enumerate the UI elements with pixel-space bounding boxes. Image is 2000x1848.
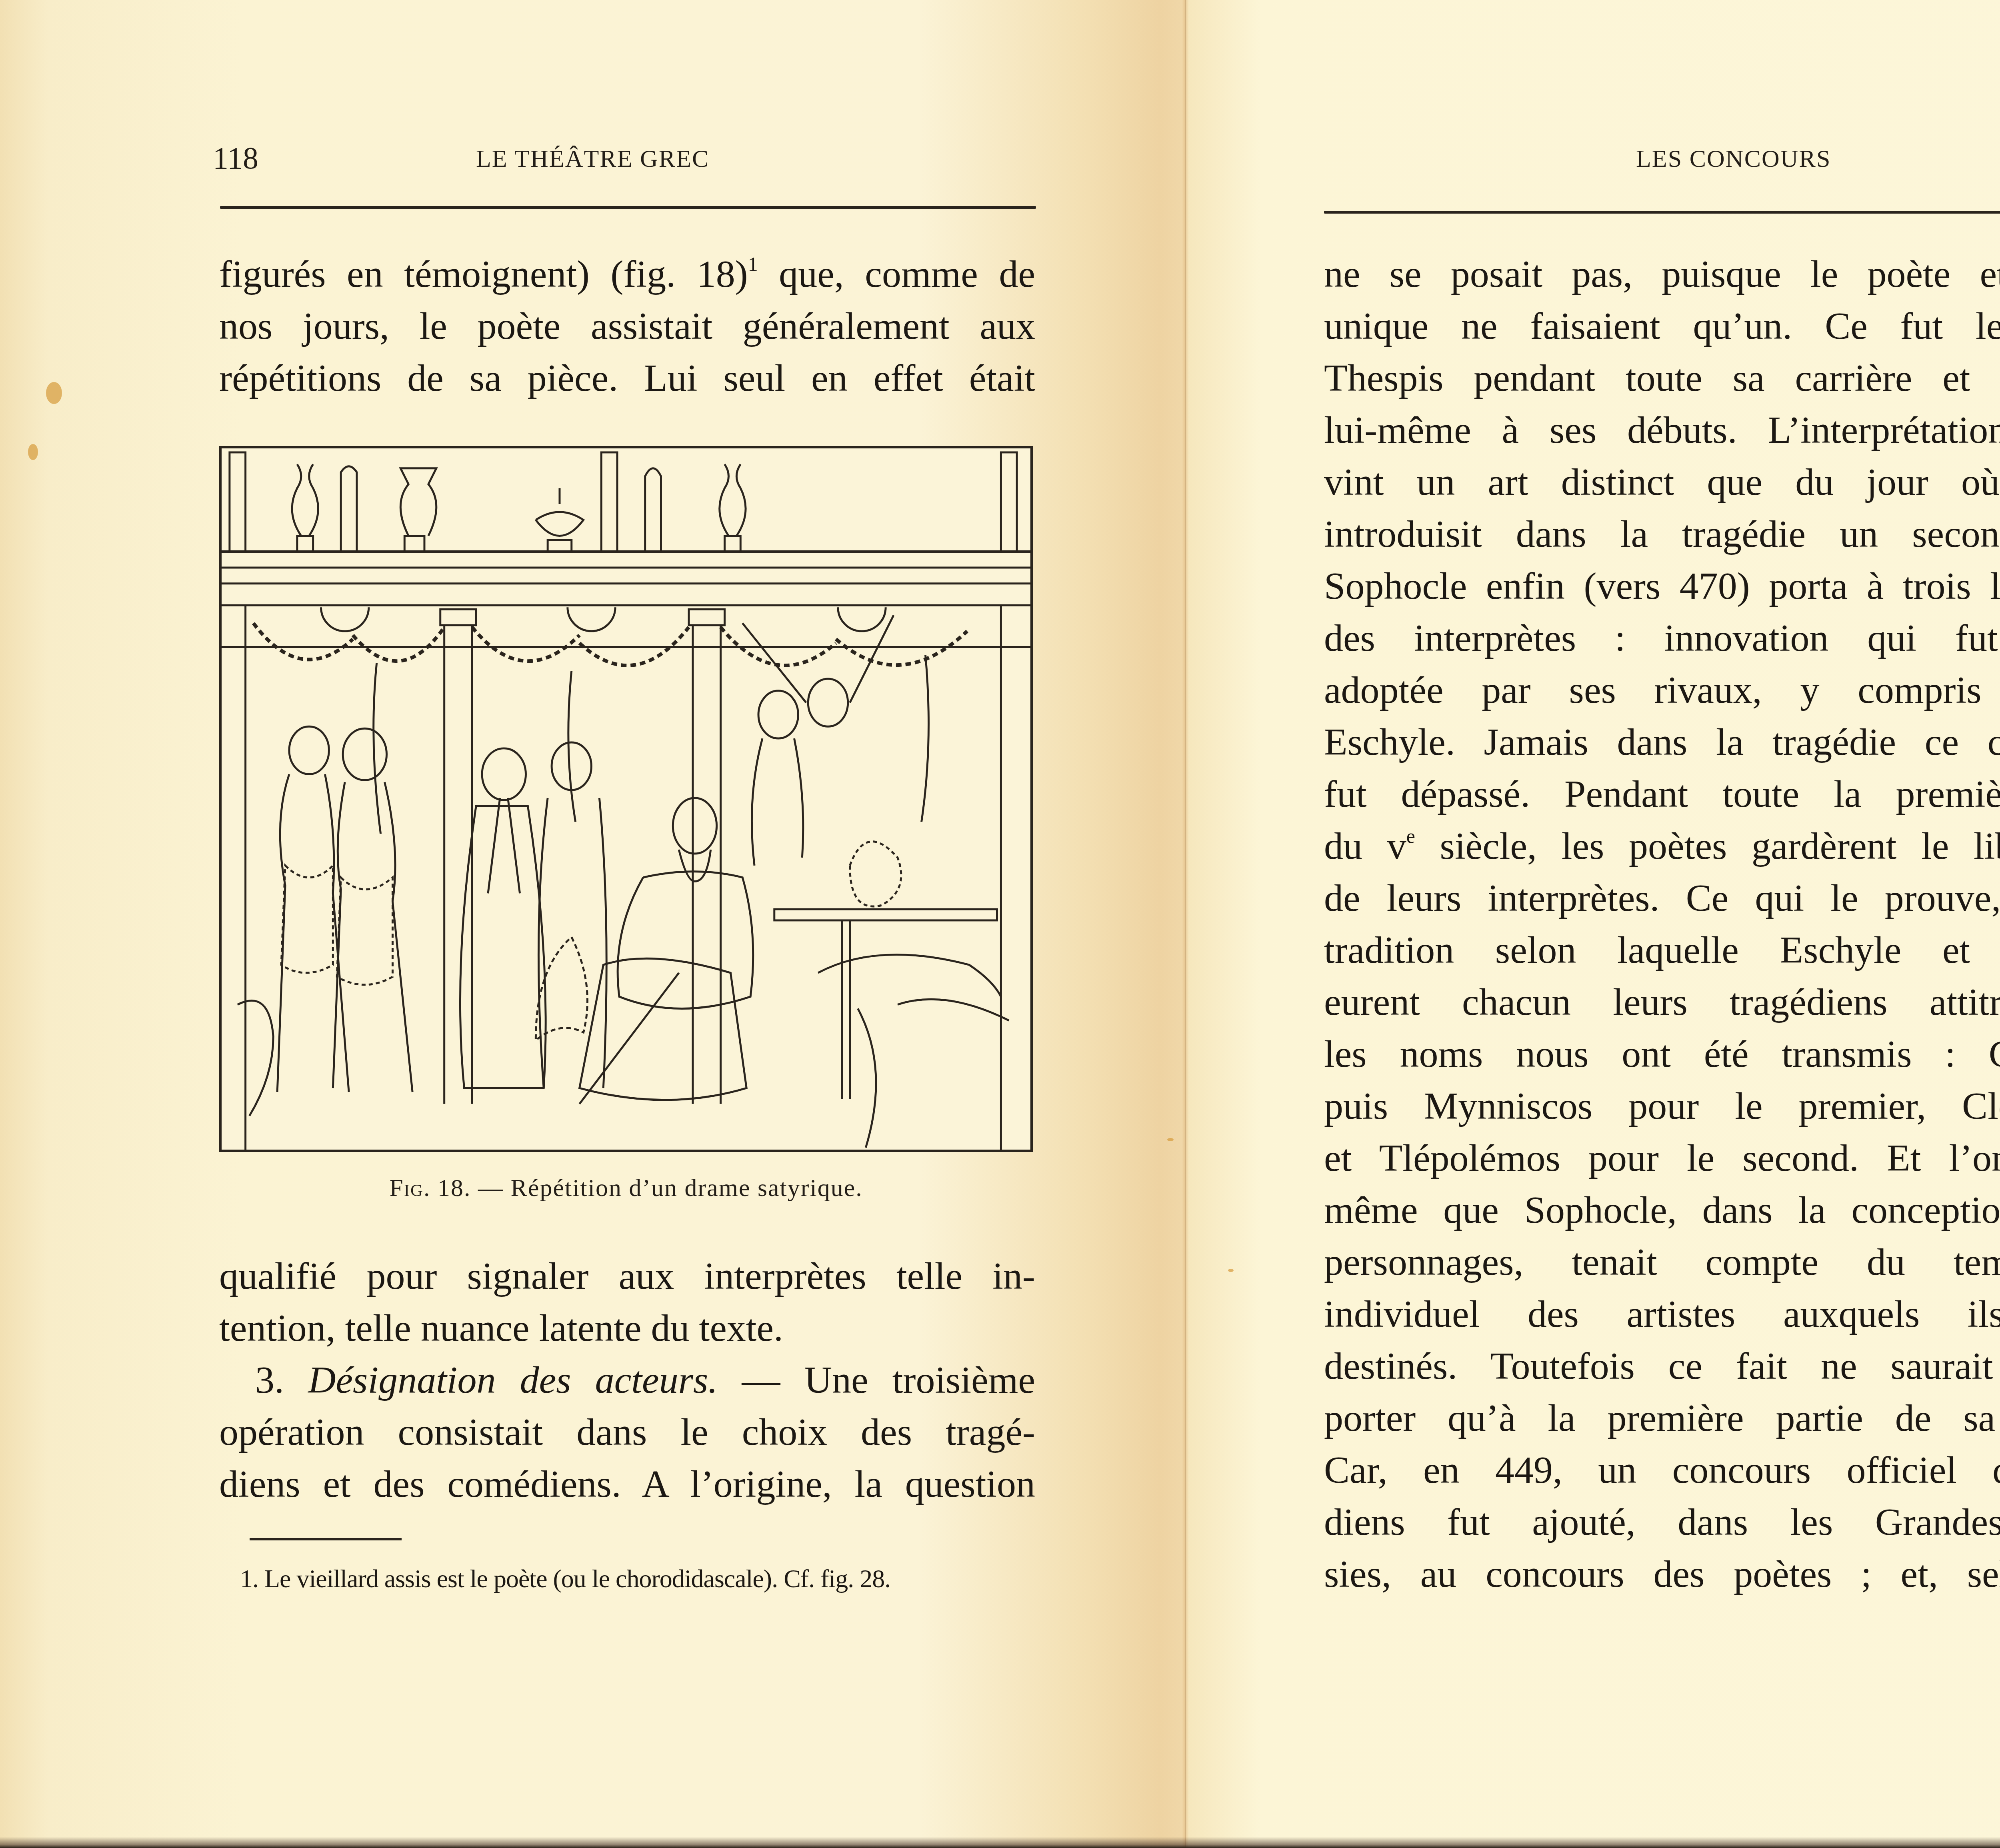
text-line: les noms nous ont été transmis : Cléandr… bbox=[1324, 1028, 2000, 1080]
text-line: Car, en 449, un concours officiel de tra… bbox=[1324, 1444, 2000, 1496]
text-line: figurés en témoignent) (fig. 18)1 que, c… bbox=[219, 248, 1035, 300]
text-line: nos jours, le poète assistait généraleme… bbox=[219, 300, 1035, 352]
figure-label: Fig. 18. bbox=[389, 1174, 471, 1202]
text-line: du ve siècle, les poètes gardèrent le li… bbox=[1324, 820, 2000, 872]
text-line: et Tlépolémos pour le second. Et l’on pr… bbox=[1324, 1132, 2000, 1184]
figure-caption: Fig. 18. — Répétition d’un drame satyriq… bbox=[219, 1174, 1033, 1202]
text-line: vint un art distinct que du jour où Esch… bbox=[1324, 456, 2000, 508]
body-text-top: figurés en témoignent) (fig. 18)1 que, c… bbox=[219, 248, 1035, 404]
page-bottom-edge bbox=[0, 1837, 2000, 1848]
header-rule bbox=[1324, 211, 2000, 214]
text-line: introduisit dans la tragédie un second a… bbox=[1324, 508, 2000, 560]
figure-caption-text: Répétition d’un drame satyrique. bbox=[511, 1174, 863, 1202]
text-line: tention, telle nuance latente du texte. bbox=[219, 1302, 1035, 1354]
running-head: LE THÉÂTRE GREC bbox=[476, 145, 709, 173]
header-rule bbox=[220, 206, 1036, 209]
body-text: ne se posait pas, puisque le poète et l’… bbox=[1324, 248, 2000, 1600]
text-line: ne se posait pas, puisque le poète et l’… bbox=[1324, 248, 2000, 300]
text-line: même que Sophocle, dans la conception de… bbox=[1324, 1184, 2000, 1236]
text-line: sies, au concours des poètes ; et, selon… bbox=[1324, 1548, 2000, 1600]
left-page: 118 LE THÉÂTRE GREC figurés en témoignen… bbox=[0, 0, 1185, 1848]
text-line: répétitions de sa pièce. Lui seul en eff… bbox=[219, 352, 1035, 404]
text-line: qualifié pour signaler aux interprètes t… bbox=[219, 1250, 1035, 1302]
text-line: opération consistait dans le choix des t… bbox=[219, 1406, 1035, 1458]
text-line: unique ne faisaient qu’un. Ce fut le cas… bbox=[1324, 300, 2000, 352]
text-line: porter qu’à la première partie de sa car… bbox=[1324, 1392, 2000, 1444]
footnote: 1. Le vieillard assis est le poète (ou l… bbox=[240, 1564, 1036, 1594]
text-line: diens fut ajouté, dans les Grandes Diony… bbox=[1324, 1496, 2000, 1548]
footnote-rule bbox=[250, 1538, 402, 1540]
text-line: Sophocle enfin (vers 470) porta à trois … bbox=[1324, 560, 2000, 612]
text-line: lui-même à ses débuts. L’interprétation … bbox=[1324, 404, 2000, 456]
footnote-number: 1. bbox=[240, 1564, 258, 1593]
text-line: tradition selon laquelle Eschyle et Soph… bbox=[1324, 924, 2000, 976]
illustration-drawing bbox=[222, 448, 1030, 1150]
figure-illustration bbox=[219, 446, 1033, 1152]
body-text-bottom: qualifié pour signaler aux interprètes t… bbox=[219, 1250, 1035, 1510]
text-line: puis Mynniscos pour le premier, Cleidémi… bbox=[1324, 1080, 2000, 1132]
text-line: Thespis pendant toute sa carrière et d’E… bbox=[1324, 352, 2000, 404]
text-line: fut dépassé. Pendant toute la première p… bbox=[1324, 768, 2000, 820]
right-page: LES CONCOURS 119 ne se posait pas, puisq… bbox=[1186, 0, 2000, 1848]
text-line: destinés. Toutefois ce fait ne saurait s… bbox=[1324, 1340, 2000, 1392]
running-head: LES CONCOURS bbox=[1636, 145, 1831, 173]
text-line: de leurs interprètes. Ce qui le prouve, … bbox=[1324, 872, 2000, 924]
text-line: individuel des artistes auxquels ils éta… bbox=[1324, 1288, 2000, 1340]
footnote-text: Le vieillard assis est le poète (ou le c… bbox=[264, 1564, 890, 1593]
page-number: 118 bbox=[213, 140, 258, 176]
section-title: Désignation des acteurs. bbox=[308, 1358, 718, 1401]
text-line: adoptée par ses rivaux, y compris le vie… bbox=[1324, 664, 2000, 716]
section-heading-line: 3. Désignation des acteurs. — Une troisi… bbox=[219, 1354, 1035, 1406]
footnote-ref: 1 bbox=[748, 253, 758, 275]
text-line: eurent chacun leurs tragédiens attitrés,… bbox=[1324, 976, 2000, 1028]
text-line: diens et des comédiens. A l’origine, la … bbox=[219, 1458, 1035, 1510]
text-line: Eschyle. Jamais dans la tragédie ce chif… bbox=[1324, 716, 2000, 768]
text-line: des interprètes : innovation qui fut aus… bbox=[1324, 612, 2000, 664]
text-line: personnages, tenait compte du tempéramen… bbox=[1324, 1236, 2000, 1288]
